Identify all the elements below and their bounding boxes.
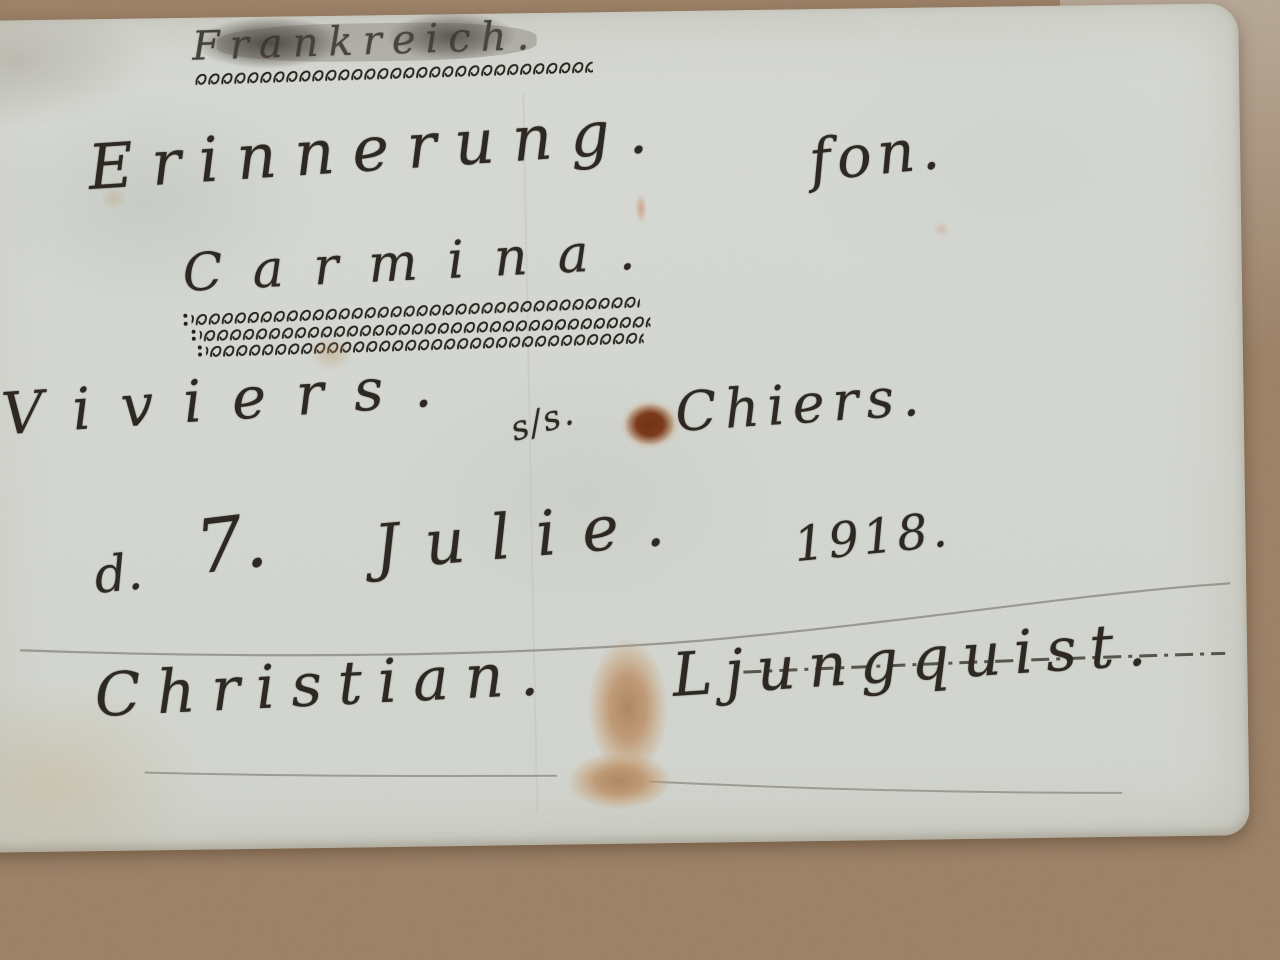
pencil-line-under-signature-left xyxy=(145,767,557,782)
postcard: Frankreich. Erinnerung. fon. Carmina. Vi… xyxy=(0,3,1250,853)
photo-of-handwritten-postcard: Frankreich. Erinnerung. fon. Carmina. Vi… xyxy=(0,0,1280,960)
pencil-line-under-signature-right xyxy=(649,775,1122,800)
salmon-fleck xyxy=(635,193,647,223)
date-day: 7. xyxy=(191,497,271,591)
date-prefix: d. xyxy=(92,542,146,605)
souvenir-preposition: fon. xyxy=(806,113,948,194)
